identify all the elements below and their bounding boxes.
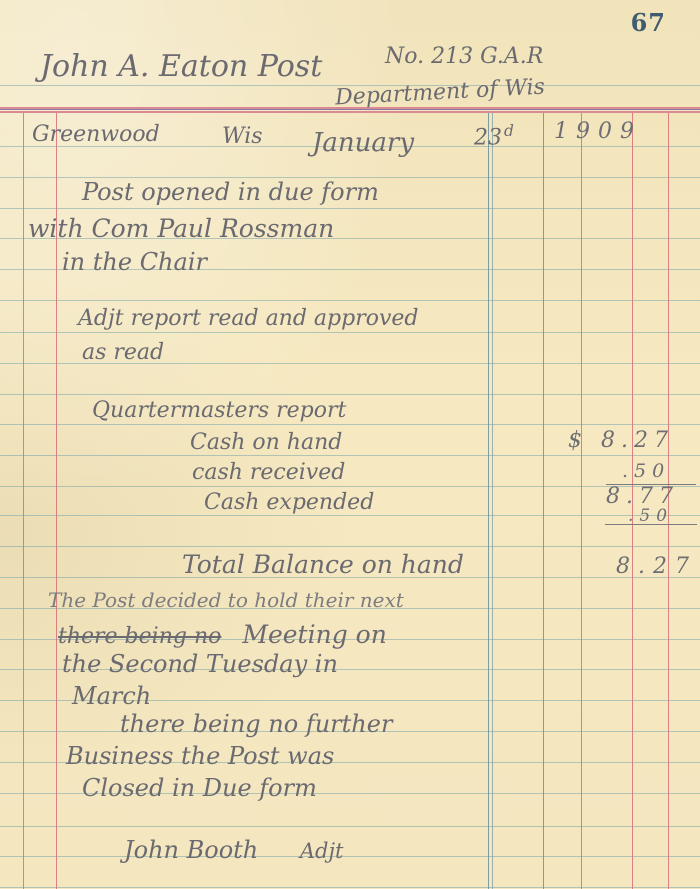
day-suffix: d <box>504 122 514 140</box>
column-rule-blue <box>488 113 493 889</box>
rule-line <box>0 515 700 516</box>
post-title: John A. Eaton Post <box>40 52 322 82</box>
rule-line <box>0 300 700 301</box>
minutes-line: there being no further <box>120 712 392 736</box>
rule-line <box>0 424 700 425</box>
rule-line <box>0 887 700 888</box>
minutes-line: there being no Meeting on <box>58 622 387 648</box>
rule-line <box>0 546 700 547</box>
minutes-line: The Post decided to hold their next <box>48 590 404 610</box>
day: 23d <box>474 124 514 149</box>
total-balance-label: Total Balance on hand <box>182 552 464 577</box>
ledger-amount: $ 8.27 <box>568 430 674 452</box>
minutes-line: Adjt report read and approved <box>78 308 419 330</box>
minutes-line: the Second Tuesday in <box>62 652 338 676</box>
struck-text: there being no <box>58 624 221 649</box>
difference-underline <box>605 524 697 525</box>
rule-line <box>0 455 700 456</box>
place: Greenwood <box>32 124 160 146</box>
minutes-line: Closed in Due form <box>82 776 317 800</box>
department: Department of Wis <box>335 77 546 110</box>
ledger-page: 67 John A. Eaton Post No. 213 G.A.R Depa… <box>0 0 700 889</box>
year: 1909 <box>554 121 642 143</box>
minutes-line: March <box>72 684 151 708</box>
rule-line <box>0 332 700 333</box>
minutes-line: in the Chair <box>62 250 207 274</box>
signature-title: Adjt <box>300 839 344 863</box>
total-balance-amount: 8.27 <box>616 556 697 578</box>
minutes-line: with Com Paul Rossman <box>28 216 334 241</box>
minutes-line: as read <box>82 342 164 364</box>
minutes-text: Meeting on <box>242 620 386 649</box>
month: January <box>312 130 414 156</box>
page-number: 67 <box>631 8 666 37</box>
margin-rule-left <box>23 113 24 889</box>
ledger-amount: 8.77 <box>606 486 679 508</box>
rule-line <box>0 208 700 209</box>
money-column-rule <box>581 113 582 889</box>
day-number: 23 <box>474 125 502 150</box>
minutes-line: Business the Post was <box>66 744 334 768</box>
post-number: No. 213 G.A.R <box>385 46 543 68</box>
ledger-item-label: Cash on hand <box>190 432 342 454</box>
ledger-amount: .50 <box>628 508 673 525</box>
column-rule-blue <box>543 113 544 889</box>
ledger-item-label: cash received <box>192 462 345 484</box>
minutes-line: Post opened in due form <box>82 180 379 204</box>
state: Wis <box>222 126 263 148</box>
ledger-amount: .50 <box>622 462 670 481</box>
rule-line <box>0 826 700 827</box>
rule-line <box>0 394 700 395</box>
rule-line <box>0 486 700 487</box>
signature-name: John Booth <box>124 836 258 864</box>
signature: John Booth Adjt <box>124 838 343 862</box>
ledger-item-label: Cash expended <box>204 492 374 514</box>
rule-line <box>0 856 700 857</box>
quartermaster-heading: Quartermasters report <box>92 400 346 422</box>
